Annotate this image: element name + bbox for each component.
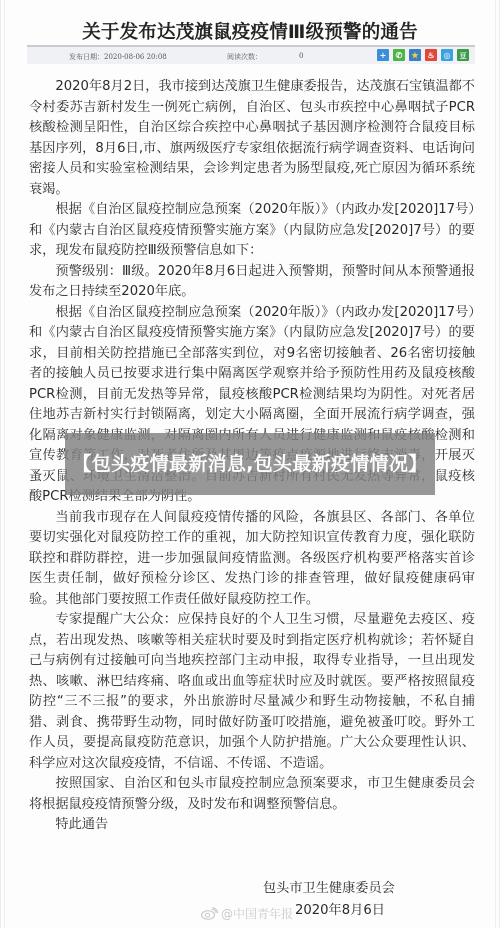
share-toolbar: + ✆ ★ ♨ ◎ 豆 [377, 49, 469, 61]
read-count-value: 0 [299, 52, 303, 60]
publish-date-label: 发布日期： [69, 53, 104, 61]
read-count-label: 阅读次数： [227, 52, 262, 62]
paragraph-incident-report: 2020年8月2日，我市接到达茂旗卫生健康委报告，达茂旗石宝镇温都不令村委苏吉新… [29, 77, 475, 200]
document-meta-bar: 发布日期：2020-08-06 20:08 阅读次数： 0 + ✆ ★ ♨ ◎ … [27, 45, 475, 64]
document-page: 关于发布达茂旗鼠疫疫情Ⅲ级预警的通告 发布日期：2020-08-06 20:08… [0, 0, 500, 928]
headline-overlay[interactable]: 【包头疫情最新消息,包头最新疫情情况】 [65, 433, 435, 495]
watermark: @中国青年报 [201, 905, 293, 922]
weibo-logo-icon [201, 907, 218, 920]
publish-date: 发布日期：2020-08-06 20:08 [69, 52, 167, 62]
paragraph-warning-level: 预警级别：Ⅲ级。2020年8月6日起进入预警期，预警时间从本预警通报发布之日持续… [29, 262, 475, 303]
document-title: 关于发布达茂旗鼠疫疫情Ⅲ级预警的通告 [1, 18, 499, 44]
wechat-icon[interactable]: ✆ [393, 49, 405, 61]
douban-icon[interactable]: 豆 [457, 49, 469, 61]
paragraph-closing: 特此通告 [29, 815, 475, 836]
watermark-text: @中国青年报 [221, 905, 293, 922]
tencent-weibo-icon[interactable]: ◎ [441, 49, 453, 61]
paragraph-follow-up: 按照国家、自治区和包头市鼠疫控制应急预案要求，市卫生健康委员会将根据鼠疫疫情预警… [29, 774, 475, 815]
signature-organization: 包头市卫生健康委员会 [263, 877, 499, 896]
qzone-icon[interactable]: ★ [409, 49, 421, 61]
publish-date-value: 2020-08-06 20:08 [104, 53, 167, 61]
paragraph-legal-basis: 根据《自治区鼠疫控制应急预案（2020年版）》（内政办发[2020]17号）和《… [29, 200, 475, 262]
headline-text: 【包头疫情最新消息,包头最新疫情情况】 [73, 453, 428, 476]
paragraph-expert-advice: 专家提醒广大公众：应保持良好的个人卫生习惯，尽量避免去疫区、疫点，若出现发热、咳… [29, 610, 475, 774]
weibo-share-icon[interactable]: ♨ [425, 49, 437, 61]
add-share-icon[interactable]: + [377, 49, 389, 61]
signature-date: 2020年8月6日 [295, 899, 499, 918]
paragraph-risk-notice: 当前我市现存在人间鼠疫疫情传播的风险，各旗县区、各部门、各单位要切实强化对鼠疫防… [29, 508, 475, 611]
